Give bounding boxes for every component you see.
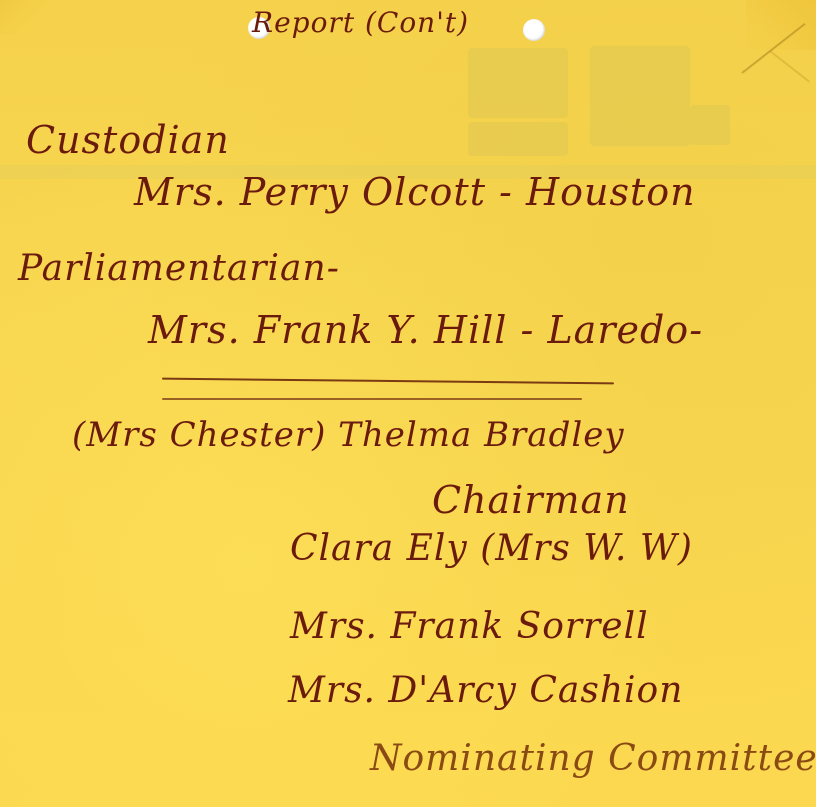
committee-member: Clara Ely (Mrs W. W)	[290, 528, 693, 569]
letterhead-show-through-block	[690, 105, 730, 145]
committee-member: Mrs. D'Arcy Cashion	[288, 670, 683, 711]
section-entry-custodian: Mrs. Perry Olcott - Houston	[134, 170, 696, 214]
page-heading: Report (Con't)	[252, 6, 469, 39]
letterhead-show-through-block	[468, 48, 568, 118]
section-title-parliamentarian: Parliamentarian-	[18, 248, 340, 289]
underline-rule	[162, 398, 582, 400]
letterhead-show-through-block	[468, 122, 568, 156]
section-title-custodian: Custodian	[26, 118, 230, 162]
document-page: Report (Con't) Custodian Mrs. Perry Olco…	[0, 0, 816, 807]
paper-fold-top-left	[0, 0, 50, 35]
letterhead-show-through-block	[590, 46, 690, 146]
punch-hole	[523, 19, 545, 41]
crease-line	[769, 50, 810, 82]
section-entry-parliamentarian: Mrs. Frank Y. Hill - Laredo-	[148, 308, 703, 352]
committee-chair-role: Chairman	[432, 478, 630, 522]
committee-chair-name: (Mrs Chester) Thelma Bradley	[72, 415, 625, 455]
underline-rule	[162, 378, 614, 385]
committee-label: Nominating Committee	[370, 738, 816, 779]
committee-member: Mrs. Frank Sorrell	[290, 606, 649, 647]
